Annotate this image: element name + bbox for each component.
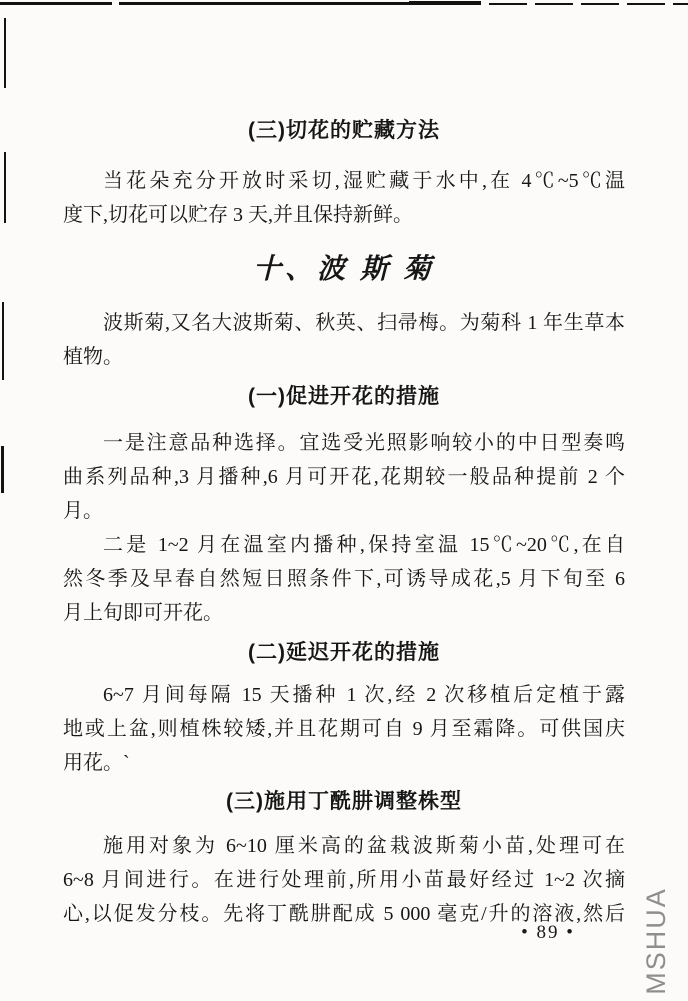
body-line: 二是 1~2 月在温室内播种,保持室温 15℃~20℃,在自 bbox=[63, 528, 625, 562]
book-page: (三)切花的贮藏方法 当花朵充分开放时采切,湿贮藏于水中,在 4℃~5℃温 度下… bbox=[0, 0, 688, 1001]
scan-artifact-left-bar-4 bbox=[1, 446, 4, 493]
body-line: 植物。 bbox=[63, 340, 625, 374]
body-line: 6~7 月间每隔 15 天播种 1 次,经 2 次移植后定植于露 bbox=[63, 678, 625, 712]
section-heading-storage: (三)切花的贮藏方法 bbox=[63, 118, 625, 144]
scan-artifact-left-bar-2 bbox=[4, 152, 6, 223]
paragraph-promote-2: 二是 1~2 月在温室内播种,保持室温 15℃~20℃,在自 然冬季及早春自然短… bbox=[63, 528, 625, 630]
body-line: 地或上盆,则植株较矮,并且花期可自 9 月至霜降。可供国庆 bbox=[63, 712, 625, 746]
section-heading-daminozide: (三)施用丁酰肼调整株型 bbox=[63, 789, 625, 815]
paragraph-promote-1: 一是注意品种选择。宜选受光照影响较小的中日型奏鸣 曲系列品种,3 月播种,6 月… bbox=[63, 426, 625, 528]
paragraph-intro: 波斯菊,又名大波斯菊、秋英、扫帚梅。为菊科 1 年生草本 植物。 bbox=[63, 306, 625, 374]
body-line: 用花。ˋ bbox=[63, 746, 625, 780]
body-line: 波斯菊,又名大波斯菊、秋英、扫帚梅。为菊科 1 年生草本 bbox=[63, 306, 625, 340]
paragraph-delay: 6~7 月间每隔 15 天播种 1 次,经 2 次移植后定植于露 地或上盆,则植… bbox=[63, 678, 625, 780]
scan-artifact-left-bar-1 bbox=[4, 18, 6, 88]
body-line: 一是注意品种选择。宜选受光照影响较小的中日型奏鸣 bbox=[63, 426, 625, 460]
section-heading-delay: (二)延迟开花的措施 bbox=[63, 640, 625, 666]
body-line: 月上旬即可开花。 bbox=[63, 596, 625, 630]
body-line: 然冬季及早春自然短日照条件下,可诱导成花,5 月下旬至 6 bbox=[63, 562, 625, 596]
body-line: 6~8 月间进行。在进行处理前,所用小苗最好经过 1~2 次摘 bbox=[63, 863, 625, 897]
body-line: 施用对象为 6~10 厘米高的盆栽波斯菊小苗,处理可在 bbox=[63, 829, 625, 863]
section-heading-promote: (一)促进开花的措施 bbox=[63, 384, 625, 410]
text-column: (三)切花的贮藏方法 当花朵充分开放时采切,湿贮藏于水中,在 4℃~5℃温 度下… bbox=[63, 0, 625, 931]
paragraph-daminozide: 施用对象为 6~10 厘米高的盆栽波斯菊小苗,处理可在 6~8 月间进行。在进行… bbox=[63, 829, 625, 931]
body-line: 月。 bbox=[63, 494, 625, 528]
body-line: 度下,切花可以贮存 3 天,并且保持新鲜。 bbox=[63, 198, 625, 232]
page-number: • 89 • bbox=[500, 922, 596, 944]
body-line: 曲系列品种,3 月播种,6 月可开花,花期较一般品种提前 2 个 bbox=[63, 460, 625, 494]
scan-artifact-left-bar-3 bbox=[2, 302, 4, 380]
body-line: 当花朵充分开放时采切,湿贮藏于水中,在 4℃~5℃温 bbox=[63, 164, 625, 198]
watermark: MSHUA bbox=[641, 885, 671, 997]
paragraph-storage: 当花朵充分开放时采切,湿贮藏于水中,在 4℃~5℃温 度下,切花可以贮存 3 天… bbox=[63, 164, 625, 232]
chapter-title: 十、波 斯 菊 bbox=[63, 250, 625, 290]
